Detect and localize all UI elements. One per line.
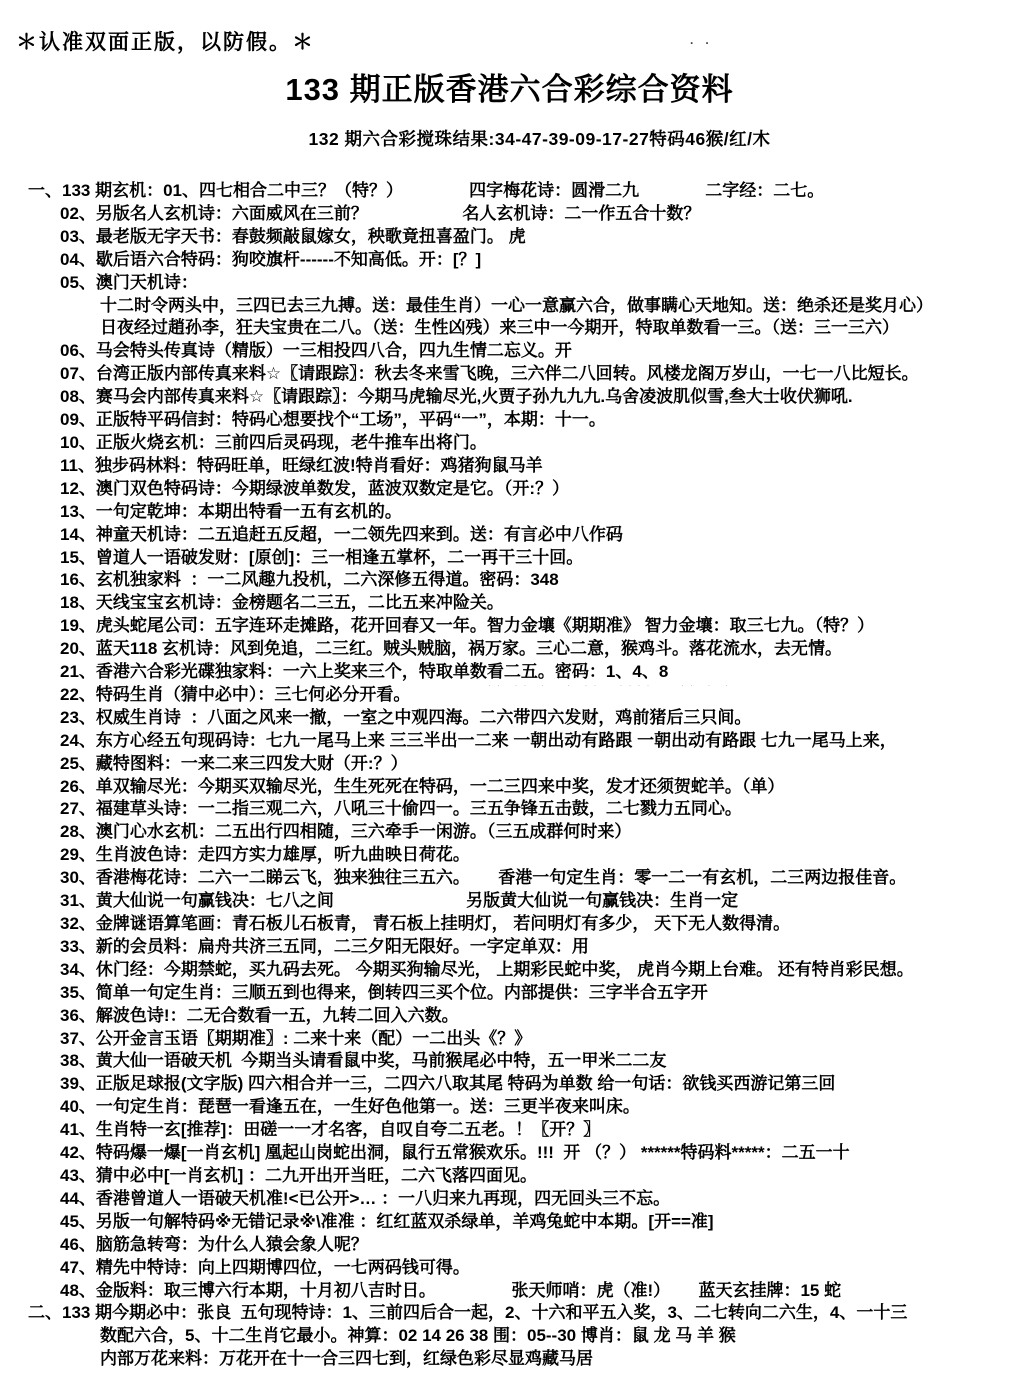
text-line: 48、金版料：取三博六行本期，十月初八吉时日。 张天师哨：虎（准!） 蓝天玄挂牌…	[0, 1280, 1019, 1303]
text-line: 43、猜中必中[一肖玄机] ：二九开出开当旺，二六飞落四面见。	[0, 1165, 1019, 1188]
text-line: 34、休门经：今期禁蛇，买九码去死。 今期买狗输尽光， 上期彩民蛇中奖， 虎肖今…	[0, 959, 1019, 982]
text-line: 25、藏特图料：一来二来三四发大财（开:？）	[0, 753, 1019, 776]
text-line: 日夜经过趙孙李，狂夫宝贵在二八。（送：生性凶残）来三中一今期开，特取单数看一三。…	[0, 317, 1019, 340]
text-line: 20、蓝天118 玄机诗：风到免追，二三红。贼头贼脑，祸万家。三心二意，猴鸡斗。…	[0, 638, 1019, 661]
text-line: 16、玄机独家料 ：一二风趣九投机，二六深修五得道。密码：348	[0, 569, 1019, 592]
text-line: 09、正版特平码信封：特码心想要找个“工场”，平码“一”，本期：十一。	[0, 409, 1019, 432]
text-line: 28、澳门心水玄机：二五出行四相随，三六牵手一闲游。（三五成群何时来）	[0, 821, 1019, 844]
text-line: 数配六合，5、十二生肖它最小。神算：02 14 26 38 围：05--30 博…	[0, 1325, 1019, 1348]
text-line: 47、精先中特诗：向上四期博四位，一七两码钱可得。	[0, 1257, 1019, 1280]
text-line: 29、生肖波色诗：走四方实力雄厚，听九曲映日荷花。	[0, 844, 1019, 867]
text-line: 04、歇后语六合特码：狗咬旗杆------不知高低。开：[？]	[0, 249, 1019, 272]
text-line: 18、天线宝宝玄机诗：金榜题名二三五，二比五来冲险关。	[0, 592, 1019, 615]
text-line: 31、黄大仙说一句赢钱决：七八之间 另版黄大仙说一句赢钱决：生肖一定	[0, 890, 1019, 913]
text-line: 30、香港梅花诗：二六一二睇云飞，独来独往三五六。 香港一句定生肖：零一二一有玄…	[0, 867, 1019, 890]
text-line: 42、特码爆一爆[一肖玄机] 凰起山岗蛇出洞，鼠行五常猴欢乐。!!! 开 （？）…	[0, 1142, 1019, 1165]
text-line: 35、简单一句定生肖：三顺五到也得来，倒转四三买个位。内部提供：三字半合五字开	[0, 982, 1019, 1005]
text-line: 45、另版一句解特码※无错记录※\准准 ：红红蓝双杀绿单，羊鸡兔蛇中本期。[开=…	[0, 1211, 1019, 1234]
text-line: 08、赛马会内部传真来料☆〖请跟踪〗：今期马虎输尽光,火贾子孙九九九.乌舍凌波肌…	[0, 386, 1019, 409]
text-line: 39、正版足球报(文字版) 四六相合并一三，二四六八取其尾 特码为单数 给一句话…	[0, 1073, 1019, 1096]
faded-print-artifact: ·· ·· · · ·· ···· ·· · ·	[488, 680, 734, 690]
text-line: 05、澳门天机诗：	[0, 272, 1019, 295]
text-line: 07、台湾正版内部传真来料☆〖请跟踪〗：秋去冬来雪飞晚，三六伴二八回转。风楼龙阁…	[0, 363, 1019, 386]
text-line: 一、133 期玄机：01、四七相合二中三？（特？） 四字梅花诗：圆滑二九 二字经…	[0, 180, 1019, 203]
text-line: 41、生肖特一玄[推荐]：田磋一一才名客，自叹自夸二五老。！〖开？〗	[0, 1119, 1019, 1142]
text-line: 11、独步码林料：特码旺单，旺绿红波!特肖看好：鸡猪狗鼠马羊	[0, 455, 1019, 478]
text-line: 46、脑筋急转弯：为什么人猿会象人呢？	[0, 1234, 1019, 1257]
text-line: 15、曾道人一语破发财：[原创]：三一相逢五掌杯，二一再干三十回。	[0, 547, 1019, 570]
page-title: 133 期正版香港六合彩综合资料	[0, 64, 1019, 109]
text-line: 36、解波色诗!：二无合数看一五，九转二回入六数。	[0, 1005, 1019, 1028]
text-line: 02、另版名人玄机诗：六面威风在三前？ 名人玄机诗：二一作五合十数？	[0, 203, 1019, 226]
previous-draw-result: 132 期六合彩搅珠结果:34-47-39-09-17-27特码46猴/红/木	[30, 126, 1019, 151]
text-line: 06、马会特头传真诗（精版）一三相投四八合，四九生情二忘义。开	[0, 340, 1019, 363]
anti-counterfeit-note: ＊认准双面正版，以防假。＊	[16, 26, 315, 56]
print-dots-artifact: · ·	[690, 36, 713, 50]
content-lines: 一、133 期玄机：01、四七相合二中三？（特？） 四字梅花诗：圆滑二九 二字经…	[0, 180, 1019, 1371]
text-line: 40、一句定生肖：琵琶一看逢五在，一生好色他第一。送：三更半夜来叫床。	[0, 1096, 1019, 1119]
lottery-info-sheet: ＊认准双面正版，以防假。＊ · · 133 期正版香港六合彩综合资料 132 期…	[0, 0, 1019, 1388]
text-line: 19、虎头蛇尾公司：五字连环走摊路，花开回春又一年。智力金壤《期期准》 智力金壤…	[0, 615, 1019, 638]
text-line: 44、香港曾道人一语破天机准!<已公开>… ：一八归来九再现，四无回头三不忘。	[0, 1188, 1019, 1211]
text-line: 32、金牌谜语算笔画：青石板儿石板青， 青石板上挂明灯， 若问明灯有多少， 天下…	[0, 913, 1019, 936]
text-line: 二、133 期今期必中：张良 五句现特诗：1、三前四后合一起，2、十六和平五入奖…	[0, 1302, 1019, 1325]
text-line: 13、一句定乾坤：本期出特看一五有玄机的。	[0, 501, 1019, 524]
text-line: 内部万花来料：万花开在十一合三四七到，红绿色彩尽显鸡藏马居	[0, 1348, 1019, 1371]
text-line: 03、最老版无字天书：春鼓频敲鼠嫁女，秧歌竟扭喜盈门。 虎	[0, 226, 1019, 249]
text-line: 24、东方心经五句现码诗：七九一尾马上来 三三半出一二来 一朝出动有路跟 一朝出…	[0, 730, 1019, 753]
text-line: 12、澳门双色特码诗：今期绿波单数发，蓝波双数定是它。（开:？）	[0, 478, 1019, 501]
text-line: 33、新的会员料：扁舟共济三五同，二三夕阳无限好。一字定单双：用	[0, 936, 1019, 959]
text-line: 14、神童天机诗：二五追赶五反超，一二领先四来到。送：有言必中八作码	[0, 524, 1019, 547]
text-line: 十二时令两头中，三四已去三九搏。送：最佳生肖）一心一意赢六合，做事瞒心天地知。送…	[0, 295, 1019, 318]
text-line: 38、黄大仙一语破天机 今期当头请看鼠中奖，马前猴尾必中特，五一甲米二二友	[0, 1050, 1019, 1073]
text-line: 10、正版火烧玄机：三前四后灵码现，老牛推车出将门。	[0, 432, 1019, 455]
text-line: 37、公开金言玉语〖期期准〗: 二来十来（配）一二出头《？》	[0, 1028, 1019, 1051]
text-line: 27、福建草头诗：一二指三观二六，八吼三十偷四一。三五争锋五击鼓，二七戮力五同心…	[0, 798, 1019, 821]
text-line: 26、单双输尽光：今期买双输尽光，生生死死在特码，一二三四来中奖，发才还须贺蛇羊…	[0, 776, 1019, 799]
text-line: 23、权威生肖诗 ：八面之风来一撤，一室之中观四海。二六带四六发财，鸡前猪后三只…	[0, 707, 1019, 730]
